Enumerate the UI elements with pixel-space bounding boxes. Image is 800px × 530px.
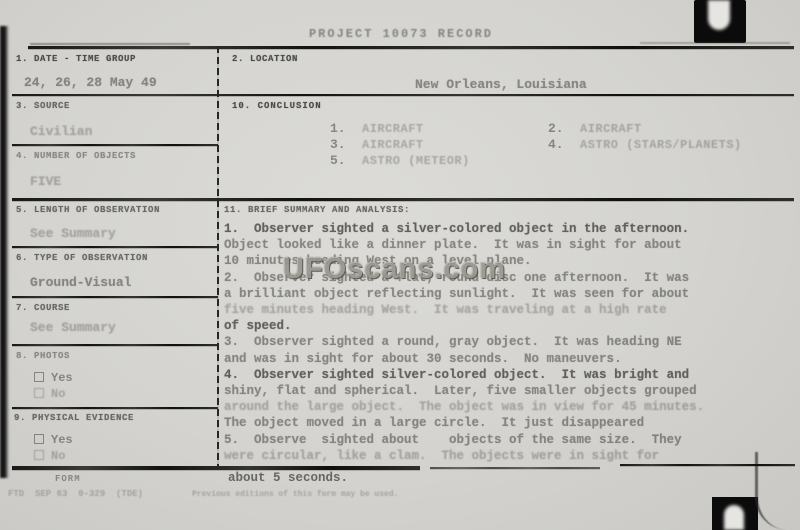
rule [12, 466, 420, 470]
field-label-conclusion: 10. CONCLUSION [232, 101, 322, 111]
field-label-source: 3. SOURCE [16, 101, 70, 111]
footer-form-word: FORM [55, 474, 81, 484]
field-value-course: See Summary [30, 320, 116, 335]
scan-edge-shadow [0, 26, 9, 478]
photos-no-label: No [51, 387, 65, 401]
conclusion-item-num: 2. [548, 121, 564, 136]
field-value-type-of-observation: Ground-Visual [30, 275, 131, 290]
rule [12, 296, 218, 298]
summary-line: The object moved in a large circle. It j… [224, 415, 794, 431]
physical-evidence-no-label: No [51, 449, 65, 463]
conclusion-item-text: AIRCRAFT [362, 138, 424, 152]
summary-overflow: about 5 seconds. [228, 471, 348, 485]
summary-line: were circular, like a clam. The objects … [224, 448, 794, 464]
field-label-course: 7. COURSE [16, 303, 70, 313]
checkbox-icon [34, 372, 44, 382]
field-value-number-of-objects: FIVE [30, 174, 61, 189]
conclusion-item-text: AIRCRAFT [362, 122, 424, 136]
summary-line: shiny, flat and spherical. Later, five s… [224, 383, 794, 399]
field-value-length-of-observation: See Summary [30, 226, 116, 241]
field-value-location: New Orleans, Louisiana [415, 77, 587, 92]
checkbox-icon [34, 450, 44, 460]
field-value-source: Civilian [30, 124, 92, 139]
summary-line: around the large object. The object was … [224, 399, 794, 415]
summary-line: 4. Observer sighted silver-colored objec… [224, 367, 794, 383]
physical-evidence-yes-label: Yes [51, 433, 73, 447]
rule [28, 46, 794, 49]
summary-line: Object looked like a dinner plate. It wa… [224, 237, 794, 253]
column-divider [217, 46, 219, 467]
conclusion-item-text: ASTRO (METEOR) [362, 154, 470, 168]
rule [12, 407, 218, 409]
conclusion-item-num: 1. [330, 121, 346, 136]
summary-line: of speed. [224, 318, 794, 334]
conclusion-item-num: 5. [330, 153, 346, 168]
conclusion-item-text: ASTRO (STARS/PLANETS) [580, 138, 742, 152]
field-value-date-time-group: 24, 26, 28 May 49 [24, 75, 157, 90]
summary-line: 1. Observer sighted a silver-colored obj… [224, 221, 794, 237]
field-label-physical-evidence: 9. PHYSICAL EVIDENCE [14, 413, 134, 423]
field-label-date-time-group: 1. DATE - TIME GROUP [16, 54, 136, 64]
photos-no-option: No [34, 387, 65, 401]
physical-evidence-yes-option: Yes [34, 433, 73, 447]
conclusion-item-num: 3. [330, 137, 346, 152]
scanned-document: PROJECT 10073 RECORD 1. DATE - TIME GROU… [0, 0, 800, 530]
film-sprocket-mark-bottom [712, 497, 758, 530]
checkbox-icon [34, 388, 44, 398]
smudge [30, 43, 190, 45]
photos-yes-option: Yes [34, 371, 73, 385]
summary-line: 3. Observer sighted a round, gray object… [224, 334, 794, 350]
rule [620, 464, 795, 466]
field-label-photos: 8. PHOTOS [16, 351, 70, 361]
field-label-number-of-objects: 4. NUMBER OF OBJECTS [16, 151, 136, 161]
rule [12, 344, 218, 346]
checkbox-icon [34, 434, 44, 444]
conclusion-item-num: 4. [548, 137, 564, 152]
film-sprocket-mark-top [694, 0, 746, 43]
smudge [640, 42, 790, 44]
summary-line: five minutes heading West. It was travel… [224, 302, 794, 318]
form-title: PROJECT 10073 RECORD [296, 27, 506, 41]
field-label-location: 2. LOCATION [232, 54, 298, 64]
footer-note: Previous editions of this form may be us… [192, 490, 398, 499]
conclusion-item-text: AIRCRAFT [580, 122, 642, 136]
photos-yes-label: Yes [51, 371, 73, 385]
summary-line: a brilliant object reflecting sunlight. … [224, 286, 794, 302]
rule [12, 198, 794, 201]
watermark: UFOscans.com [283, 253, 506, 286]
field-label-summary: 11. BRIEF SUMMARY AND ANALYSIS: [224, 205, 410, 215]
rule [12, 144, 218, 146]
rule [430, 467, 600, 469]
footer-form-id: FTD SEP 63 0-329 (TDE) [8, 489, 143, 499]
rule [12, 94, 794, 96]
physical-evidence-no-option: No [34, 449, 65, 463]
summary-line: 5. Observe sighted about objects of the … [224, 432, 794, 448]
rule [12, 246, 218, 248]
field-label-length-of-observation: 5. LENGTH OF OBSERVATION [16, 205, 160, 215]
field-label-type-of-observation: 6. TYPE OF OBSERVATION [16, 253, 148, 263]
summary-line: and was in sight for about 30 seconds. N… [224, 351, 794, 367]
